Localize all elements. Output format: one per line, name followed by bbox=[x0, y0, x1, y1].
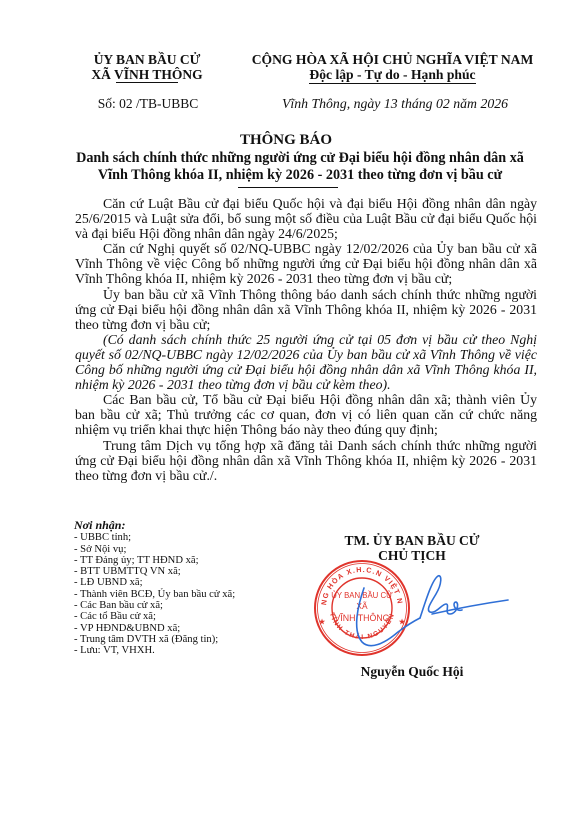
paragraph-announcement: Ủy ban bầu cử xã Vĩnh Thông thông báo da… bbox=[75, 287, 537, 332]
recipient-item: - Các Ban bầu cử xã; bbox=[74, 600, 304, 611]
nation-name: CỘNG HÒA XÃ HỘI CHỦ NGHĨA VIỆT NAM bbox=[245, 52, 540, 67]
on-behalf-label: TM. ỦY BAN BẦU CỬ bbox=[312, 533, 512, 548]
recipient-item: - Trung tâm DVTH xã (Đăng tin); bbox=[74, 634, 304, 645]
document-subject: Danh sách chính thức những người ứng cử … bbox=[60, 150, 540, 184]
issuing-authority: ỦY BAN BẦU CỬ XÃ VĨNH THÔNG bbox=[72, 52, 222, 82]
recipient-item: - Các tổ Bầu cử xã; bbox=[74, 611, 304, 622]
paragraph-legal-basis-1: Căn cứ Luật Bầu cử đại biểu Quốc hội và … bbox=[75, 196, 537, 241]
recipient-item: - Lưu: VT, VHXH. bbox=[74, 645, 304, 656]
recipient-item: - LĐ UBND xã; bbox=[74, 577, 304, 588]
paragraph-publication: Trung tâm Dịch vụ tổng hợp xã đăng tải D… bbox=[75, 438, 537, 483]
recipient-item: - Sở Nội vụ; bbox=[74, 544, 304, 555]
signer-name: Nguyễn Quốc Hội bbox=[312, 664, 512, 680]
svg-text:★: ★ bbox=[319, 618, 326, 626]
document-type: THÔNG BÁO bbox=[0, 132, 572, 149]
org-line-1: ỦY BAN BẦU CỬ bbox=[72, 52, 222, 67]
recipients-heading: Nơi nhận: bbox=[74, 520, 304, 531]
recipient-item: - UBBC tỉnh; bbox=[74, 532, 304, 543]
paragraph-attachment-note: (Có danh sách chính thức 25 người ứng cử… bbox=[75, 332, 537, 392]
handwritten-signature-icon bbox=[350, 570, 510, 660]
paragraph-legal-basis-2: Căn cứ Nghị quyết số 02/NQ-UBBC ngày 12/… bbox=[75, 241, 537, 286]
document-number: Số: 02 /TB-UBBC bbox=[78, 96, 218, 112]
recipient-item: - Thành viên BCĐ, Ủy ban bầu cử xã; bbox=[74, 589, 304, 600]
document-body: Căn cứ Luật Bầu cử đại biểu Quốc hội và … bbox=[75, 196, 537, 483]
motto: Độc lập - Tự do - Hạnh phúc bbox=[245, 67, 540, 82]
org-underline bbox=[116, 82, 178, 83]
place-date: Vĩnh Thông, ngày 13 tháng 02 năm 2026 bbox=[250, 96, 540, 112]
subject-line-2: Vĩnh Thông khóa II, nhiệm kỳ 2026 - 2031… bbox=[60, 167, 540, 184]
subject-underline bbox=[238, 187, 338, 188]
paragraph-implementation: Các Ban bầu cử, Tổ bầu cử Đại biểu Hội đ… bbox=[75, 392, 537, 437]
org-line-2: XÃ VĨNH THÔNG bbox=[72, 67, 222, 82]
recipient-item: - BTT UBMTTQ VN xã; bbox=[74, 566, 304, 577]
recipient-item: - VP HĐND&UBND xã; bbox=[74, 623, 304, 634]
national-header: CỘNG HÒA XÃ HỘI CHỦ NGHĨA VIỆT NAM Độc l… bbox=[245, 52, 540, 82]
recipients-list: Nơi nhận: - UBBC tỉnh; - Sở Nội vụ; - TT… bbox=[74, 520, 304, 657]
subject-line-1: Danh sách chính thức những người ứng cử … bbox=[60, 150, 540, 167]
recipient-item: - TT Đảng ủy; TT HĐND xã; bbox=[74, 555, 304, 566]
